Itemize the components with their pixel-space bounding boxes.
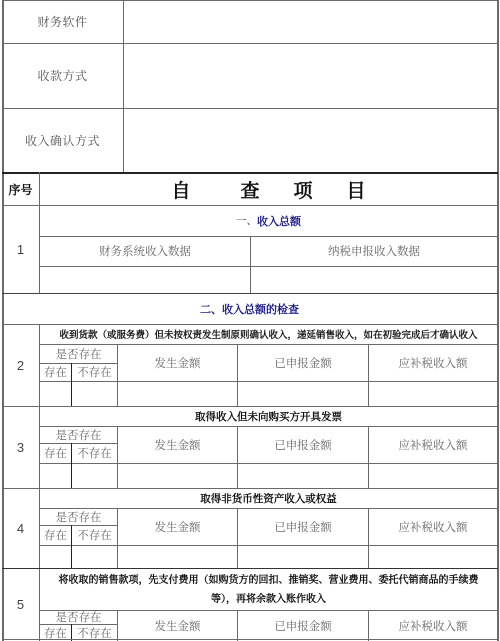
title-char: 目 — [347, 176, 366, 203]
exists-group-header: 是否存在 — [40, 610, 117, 624]
declared-header: 已申报金额 — [238, 426, 368, 463]
exists-yes-header: 存在 — [40, 363, 71, 381]
info-value-payment-method[interactable] — [124, 43, 497, 108]
info-label-finance-software: 财务软件 — [2, 0, 123, 43]
info-value-revenue-recognition[interactable] — [124, 108, 497, 172]
section-prefix: 一、 — [236, 213, 257, 228]
supplement-input[interactable] — [369, 546, 497, 568]
declared-input[interactable] — [238, 546, 368, 568]
amount-header: 发生金额 — [118, 426, 237, 463]
amount-input[interactable] — [118, 382, 237, 406]
declared-input[interactable] — [238, 464, 368, 488]
check-item-title: 将收取的销售款项，先支付费用（如购货方的回扣、推销奖、营业费用、委托代销商品的手… — [40, 569, 497, 610]
exists-yes-header: 存在 — [40, 525, 71, 545]
declared-header: 已申报金额 — [238, 344, 368, 381]
title-char: 自 — [171, 176, 190, 203]
check-item-title-line1: 将收取的销售款项，先支付费用（如购货方的回扣、推销奖、营业费用、委托代销商品的手… — [59, 571, 479, 590]
finance-system-revenue-input[interactable] — [40, 267, 250, 293]
row-number: 2 — [2, 324, 39, 406]
exists-yes-input[interactable] — [40, 382, 71, 406]
row-number: 1 — [2, 205, 39, 293]
check-item-title: 取得收入但未向购买方开具发票 — [40, 406, 497, 426]
col-finance-system-revenue: 财务系统收入数据 — [40, 236, 250, 266]
amount-input[interactable] — [118, 464, 237, 488]
section-title: 一、 收入总额 — [40, 205, 497, 236]
exists-no-header: 不存在 — [72, 363, 117, 381]
supplement-header: 应补税收入额 — [369, 508, 497, 545]
declared-header: 已申报金额 — [238, 508, 368, 545]
supplement-header: 应补税收入额 — [369, 426, 497, 463]
exists-no-input[interactable] — [72, 546, 117, 568]
supplement-input[interactable] — [369, 382, 497, 406]
section-title-text: 收入总额的检查 — [222, 301, 299, 317]
exists-no-header: 不存在 — [72, 443, 117, 463]
exists-group-header: 是否存在 — [40, 344, 117, 363]
info-value-finance-software[interactable] — [124, 0, 497, 43]
page-title: 自 查 项 目 — [40, 173, 497, 205]
supplement-header: 应补税收入额 — [369, 610, 497, 641]
exists-no-input[interactable] — [72, 382, 117, 406]
row-number: 5 — [2, 568, 39, 641]
declared-header: 已申报金额 — [238, 610, 368, 641]
exists-no-input[interactable] — [72, 464, 117, 488]
col-tax-declared-revenue: 纳税申报收入数据 — [251, 236, 497, 266]
exists-no-header: 不存在 — [72, 525, 117, 545]
seq-header: 序号 — [2, 173, 39, 205]
exists-yes-header: 存在 — [40, 443, 71, 463]
check-item-title: 取得非货币性资产收入或权益 — [40, 488, 497, 508]
amount-header: 发生金额 — [118, 508, 237, 545]
amount-header: 发生金额 — [118, 344, 237, 381]
section-title-text: 收入总额 — [257, 213, 301, 229]
section-title: 二、 收入总额的检查 — [2, 293, 497, 324]
tax-declared-revenue-input[interactable] — [251, 267, 497, 293]
divider — [2, 639, 498, 640]
row-number: 3 — [2, 406, 39, 488]
title-char: 查 — [240, 176, 259, 203]
check-item-title: 收到货款（或服务费）但未按权责发生制原则确认收入，递延销售收入，如在初验完成后才… — [40, 324, 497, 344]
amount-header: 发生金额 — [118, 610, 237, 641]
supplement-header: 应补税收入额 — [369, 344, 497, 381]
exists-group-header: 是否存在 — [40, 426, 117, 443]
exists-yes-input[interactable] — [40, 546, 71, 568]
amount-input[interactable] — [118, 546, 237, 568]
row-number: 4 — [2, 488, 39, 568]
supplement-input[interactable] — [369, 464, 497, 488]
title-char: 项 — [294, 176, 313, 203]
info-label-revenue-recognition: 收入确认方式 — [2, 108, 123, 172]
info-label-payment-method: 收款方式 — [2, 43, 123, 108]
declared-input[interactable] — [238, 382, 368, 406]
check-item-title-line2: 等），再将余款入账作收入 — [211, 590, 326, 609]
section-prefix: 二、 — [200, 301, 222, 317]
exists-yes-input[interactable] — [40, 464, 71, 488]
exists-group-header: 是否存在 — [40, 508, 117, 525]
